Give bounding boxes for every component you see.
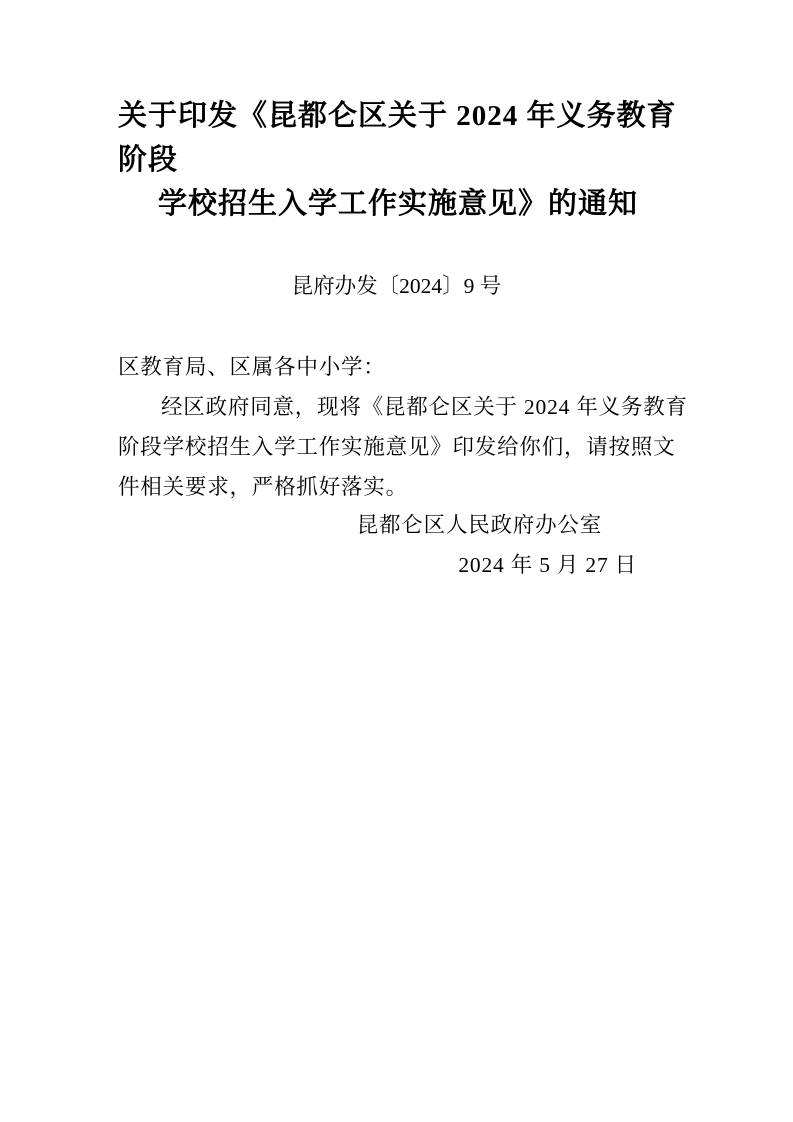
title-line-2: 阶段 [118,138,738,182]
document-title: 关于印发《昆都仑区关于 2024 年义务教育 阶段 学校招生入学工作实施意见》的… [118,94,738,226]
signature-line: 昆都仑区人民政府办公室 [118,505,637,545]
document-body: 区教育局、区属各中小学： 经区政府同意，现将《昆都仑区关于 2024 年义务教育… [118,347,684,507]
title-line-1: 关于印发《昆都仑区关于 2024 年义务教育 [118,94,738,138]
date-line: 2024 年 5 月 27 日 [118,545,637,585]
paragraph-line: 阶段学校招生入学工作实施意见》印发给你们，请按照文 [118,427,684,467]
document-number: 昆府办发〔2024〕9 号 [0,270,793,302]
salutation-line: 区教育局、区属各中小学： [118,347,684,387]
title-line-3: 学校招生入学工作实施意见》的通知 [118,182,738,226]
paragraph-line: 经区政府同意，现将《昆都仑区关于 2024 年义务教育 [118,387,684,427]
closing-block: 昆都仑区人民政府办公室 2024 年 5 月 27 日 [118,505,637,585]
paragraph-line: 件相关要求，严格抓好落实。 [118,467,684,507]
document-page: 关于印发《昆都仑区关于 2024 年义务教育 阶段 学校招生入学工作实施意见》的… [0,0,793,1122]
